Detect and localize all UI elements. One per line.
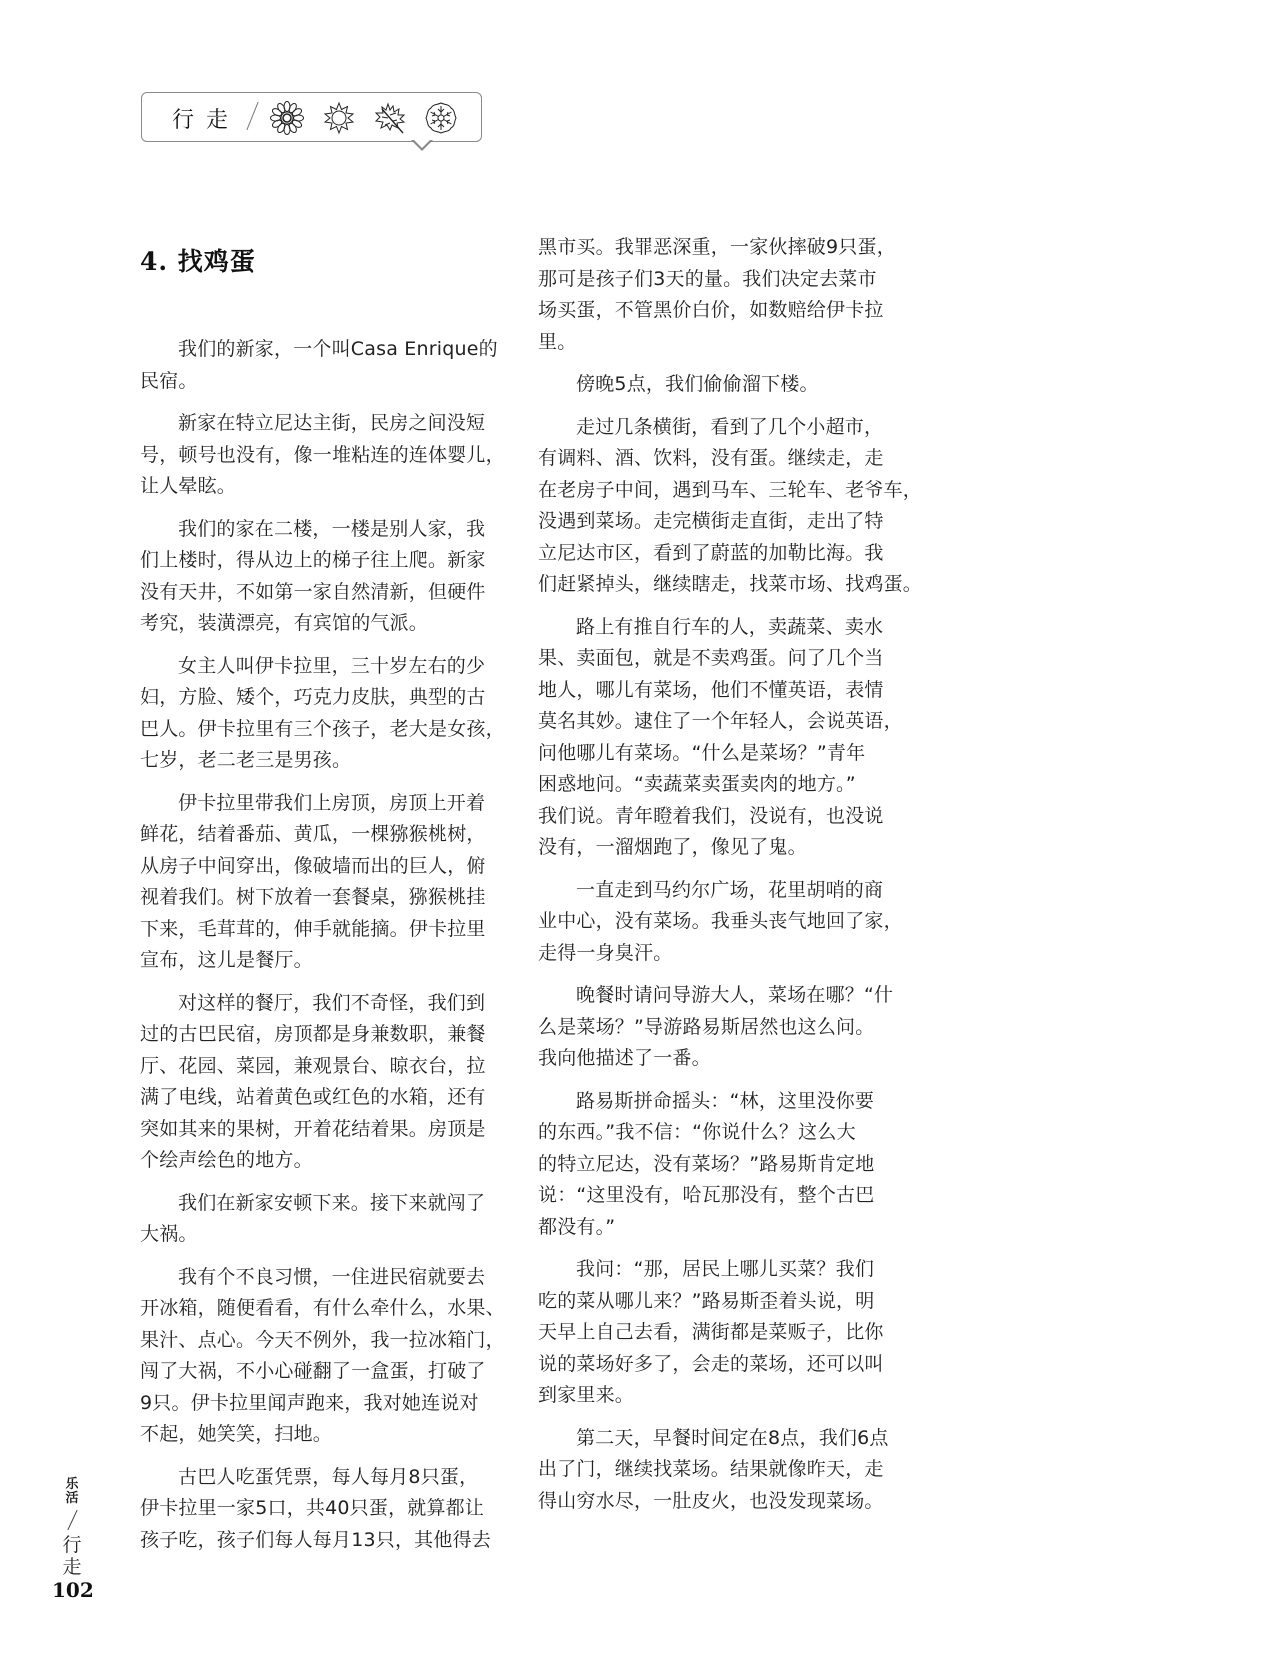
text-line: 立尼达市区，看到了蔚蓝的加勒比海。我 <box>538 538 898 570</box>
paragraph: 古巴人吃蛋凭票，每人每月8只蛋， 伊卡拉里一家5口，共40只蛋，就算都让 孩子吃… <box>140 1462 500 1557</box>
text-line: 不起，她笑笑，扫地。 <box>140 1419 500 1451</box>
text-line: 没有天井，不如第一家自然清新，但硬件 <box>140 577 500 609</box>
section-badge: 行走 <box>141 92 482 142</box>
text-line: 过的古巴民宿，房顶都是身兼数职，兼餐 <box>140 1019 500 1051</box>
text-line: 巴人。伊卡拉里有三个孩子，老大是女孩， <box>140 714 500 746</box>
paragraph: 伊卡拉里带我们上房顶，房顶上开着 鲜花，结着番茄、黄瓜，一棵猕猴桃树， 从房子中… <box>140 788 500 977</box>
text-line: 没遇到菜场。走完横街走直街，走出了特 <box>538 506 898 538</box>
sun-icon <box>322 101 356 135</box>
paragraph: 晚餐时请问导游大人，菜场在哪？“什 么是菜场？”导游路易斯居然也这么问。 我向他… <box>538 980 898 1075</box>
text-line: 说：“这里没有，哈瓦那没有，整个古巴 <box>538 1180 898 1212</box>
text-line: 走过几条横街，看到了几个小超市， <box>538 412 898 444</box>
text-line: 大祸。 <box>140 1219 500 1251</box>
paragraph: 黑市买。我罪恶深重，一家伙摔破9只蛋， 那可是孩子们3天的量。我们决定去菜市 场… <box>538 232 898 358</box>
text-line: 让人晕眩。 <box>140 471 500 503</box>
paragraph: 我们的家在二楼，一楼是别人家，我 们上楼时，得从边上的梯子往上爬。新家 没有天井… <box>140 514 500 640</box>
paragraph: 第二天，早餐时间定在8点，我们6点 出了门，继续找菜场。结果就像昨天，走 得山穷… <box>538 1423 898 1518</box>
text-line: 路上有推自行车的人，卖蔬菜、卖水 <box>538 612 898 644</box>
section-label-char: 活 <box>58 1492 86 1506</box>
text-line: 说的菜场好多了，会走的菜场，还可以叫 <box>538 1349 898 1381</box>
running-section-label: 乐 活 行 走 <box>58 1478 86 1578</box>
text-line: 满了电线，站着黄色或红色的水箱，还有 <box>140 1082 500 1114</box>
text-line: 的东西。”我不信：“你说什么？这么大 <box>538 1117 898 1149</box>
text-line: 的特立尼达，没有菜场？”路易斯肯定地 <box>538 1149 898 1181</box>
text-line: 从房子中间穿出，像破墙而出的巨人，俯 <box>140 851 500 883</box>
paragraph: 路易斯拼命摇头：“林，这里没你要 的东西。”我不信：“你说什么？这么大 的特立尼… <box>538 1086 898 1244</box>
text-line: 妇，方脸、矮个，巧克力皮肤，典型的古 <box>140 682 500 714</box>
left-column: 我们的新家，一个叫Casa Enrique的 民宿。 新家在特立尼达主街，民房之… <box>140 334 500 1567</box>
paragraph: 我们的新家，一个叫Casa Enrique的 民宿。 <box>140 334 500 397</box>
right-column: 黑市买。我罪恶深重，一家伙摔破9只蛋， 那可是孩子们3天的量。我们决定去菜市 场… <box>538 232 898 1528</box>
text-line: 新家在特立尼达主街，民房之间没短 <box>140 408 500 440</box>
text-line: 莫名其妙。逮住了一个年轻人，会说英语， <box>538 706 898 738</box>
text-line: 我问：“那，居民上哪儿买菜？我们 <box>538 1254 898 1286</box>
text-line: 业中心，没有菜场。我垂头丧气地回了家， <box>538 906 898 938</box>
text-line: 场买蛋，不管黑价白价，如数赔给伊卡拉 <box>538 295 898 327</box>
text-line: 伊卡拉里一家5口，共40只蛋，就算都让 <box>140 1493 500 1525</box>
text-line: 在老房子中间，遇到马车、三轮车、老爷车， <box>538 475 898 507</box>
text-line: 女主人叫伊卡拉里，三十岁左右的少 <box>140 651 500 683</box>
text-line: 得山穷水尽，一肚皮火，也没发现菜场。 <box>538 1486 898 1518</box>
text-line: 路易斯拼命摇头：“林，这里没你要 <box>538 1086 898 1118</box>
text-line: 们上楼时，得从边上的梯子往上爬。新家 <box>140 545 500 577</box>
text-line: 下来，毛茸茸的，伸手就能摘。伊卡拉里 <box>140 914 500 946</box>
paragraph: 我们在新家安顿下来。接下来就闯了 大祸。 <box>140 1188 500 1251</box>
text-line: 我们在新家安顿下来。接下来就闯了 <box>140 1188 500 1220</box>
paragraph: 女主人叫伊卡拉里，三十岁左右的少 妇，方脸、矮个，巧克力皮肤，典型的古 巴人。伊… <box>140 651 500 777</box>
text-line: 古巴人吃蛋凭票，每人每月8只蛋， <box>140 1462 500 1494</box>
subsection-label: 行 走 <box>58 1534 86 1578</box>
text-line: 考究，装潢漂亮，有宾馆的气派。 <box>140 608 500 640</box>
label-divider <box>67 1510 77 1530</box>
text-line: 走得一身臭汗。 <box>538 938 898 970</box>
maple-leaf-icon <box>373 101 407 135</box>
text-line: 突如其来的果树，开着花结着果。房顶是 <box>140 1114 500 1146</box>
text-line: 没有，一溜烟跑了，像见了鬼。 <box>538 832 898 864</box>
text-line: 都没有。” <box>538 1212 898 1244</box>
text-line: 困惑地问。“卖蔬菜卖蛋卖肉的地方。” <box>538 769 898 801</box>
badge-title: 行走 <box>172 103 240 134</box>
text-line: 出了门，继续找菜场。结果就像昨天，走 <box>538 1454 898 1486</box>
text-line: 9只。伊卡拉里闻声跑来，我对她连说对 <box>140 1388 500 1420</box>
text-line: 厅、花园、菜园，兼观景台、晾衣台，拉 <box>140 1051 500 1083</box>
page-number: 102 <box>52 1578 94 1602</box>
text-line: 一直走到马约尔广场，花里胡哨的商 <box>538 875 898 907</box>
paragraph: 傍晚5点，我们偷偷溜下楼。 <box>538 369 898 401</box>
section-title: 4. 找鸡蛋 <box>140 242 256 278</box>
text-line: 黑市买。我罪恶深重，一家伙摔破9只蛋， <box>538 232 898 264</box>
text-line: 吃的菜从哪儿来？”路易斯歪着头说，明 <box>538 1286 898 1318</box>
paragraph: 路上有推自行车的人，卖蔬菜、卖水 果、卖面包，就是不卖鸡蛋。问了几个当 地人，哪… <box>538 612 898 864</box>
text-line: 果汁、点心。今天不例外，我一拉冰箱门， <box>140 1325 500 1357</box>
section-label: 乐 活 <box>58 1478 86 1506</box>
paragraph: 一直走到马约尔广场，花里胡哨的商 业中心，没有菜场。我垂头丧气地回了家， 走得一… <box>538 875 898 970</box>
text-line: 鲜花，结着番茄、黄瓜，一棵猕猴桃树， <box>140 819 500 851</box>
text-line: 到家里来。 <box>538 1380 898 1412</box>
text-line: 傍晚5点，我们偷偷溜下楼。 <box>538 369 898 401</box>
text-line: 地人，哪儿有菜场，他们不懂英语，表情 <box>538 675 898 707</box>
text-line: 我们说。青年瞪着我们，没说有，也没说 <box>538 801 898 833</box>
text-line: 有调料、酒、饮料，没有蛋。继续走，走 <box>538 443 898 475</box>
subsection-label-char: 走 <box>58 1556 86 1578</box>
text-line: 对这样的餐厅，我们不奇怪，我们到 <box>140 988 500 1020</box>
text-line: 晚餐时请问导游大人，菜场在哪？“什 <box>538 980 898 1012</box>
paragraph: 新家在特立尼达主街，民房之间没短 号，顿号也没有，像一堆粘连的连体婴儿， 让人晕… <box>140 408 500 503</box>
text-line: 问他哪儿有菜场。“什么是菜场？”青年 <box>538 738 898 770</box>
section-label-char: 乐 <box>58 1478 86 1492</box>
text-line: 视着我们。树下放着一套餐桌，猕猴桃挂 <box>140 882 500 914</box>
text-line: 闯了大祸，不小心碰翻了一盒蛋，打破了 <box>140 1356 500 1388</box>
text-line: 个绘声绘色的地方。 <box>140 1145 500 1177</box>
text-line: 孩子吃，孩子们每人每月13只，其他得去 <box>140 1525 500 1557</box>
text-line: 我向他描述了一番。 <box>538 1043 898 1075</box>
subsection-label-char: 行 <box>58 1534 86 1556</box>
badge-divider <box>246 102 258 130</box>
text-line: 我们的新家，一个叫Casa Enrique的 <box>140 334 500 366</box>
text-line: 伊卡拉里带我们上房顶，房顶上开着 <box>140 788 500 820</box>
text-line: 么是菜场？”导游路易斯居然也这么问。 <box>538 1012 898 1044</box>
sunflower-icon <box>270 101 304 135</box>
paragraph: 对这样的餐厅，我们不奇怪，我们到 过的古巴民宿，房顶都是身兼数职，兼餐 厅、花园… <box>140 988 500 1177</box>
text-line: 号，顿号也没有，像一堆粘连的连体婴儿， <box>140 440 500 472</box>
text-line: 我们的家在二楼，一楼是别人家，我 <box>140 514 500 546</box>
text-line: 果、卖面包，就是不卖鸡蛋。问了几个当 <box>538 643 898 675</box>
text-line: 们赶紧掉头，继续瞎走，找菜市场、找鸡蛋。 <box>538 569 898 601</box>
text-line: 开冰箱，随便看看，有什么牵什么，水果、 <box>140 1293 500 1325</box>
text-line: 民宿。 <box>140 366 500 398</box>
snowflake-icon <box>424 101 458 135</box>
paragraph: 我问：“那，居民上哪儿买菜？我们 吃的菜从哪儿来？”路易斯歪着头说，明 天早上自… <box>538 1254 898 1412</box>
text-line: 那可是孩子们3天的量。我们决定去菜市 <box>538 264 898 296</box>
text-line: 里。 <box>538 327 898 359</box>
text-line: 宣布，这儿是餐厅。 <box>140 945 500 977</box>
paragraph: 走过几条横街，看到了几个小超市， 有调料、酒、饮料，没有蛋。继续走，走 在老房子… <box>538 412 898 601</box>
text-line: 天早上自己去看，满街都是菜贩子，比你 <box>538 1317 898 1349</box>
text-line: 第二天，早餐时间定在8点，我们6点 <box>538 1423 898 1455</box>
text-line: 我有个不良习惯，一住进民宿就要去 <box>140 1262 500 1294</box>
text-line: 七岁，老二老三是男孩。 <box>140 745 500 777</box>
paragraph: 我有个不良习惯，一住进民宿就要去 开冰箱，随便看看，有什么牵什么，水果、 果汁、… <box>140 1262 500 1451</box>
